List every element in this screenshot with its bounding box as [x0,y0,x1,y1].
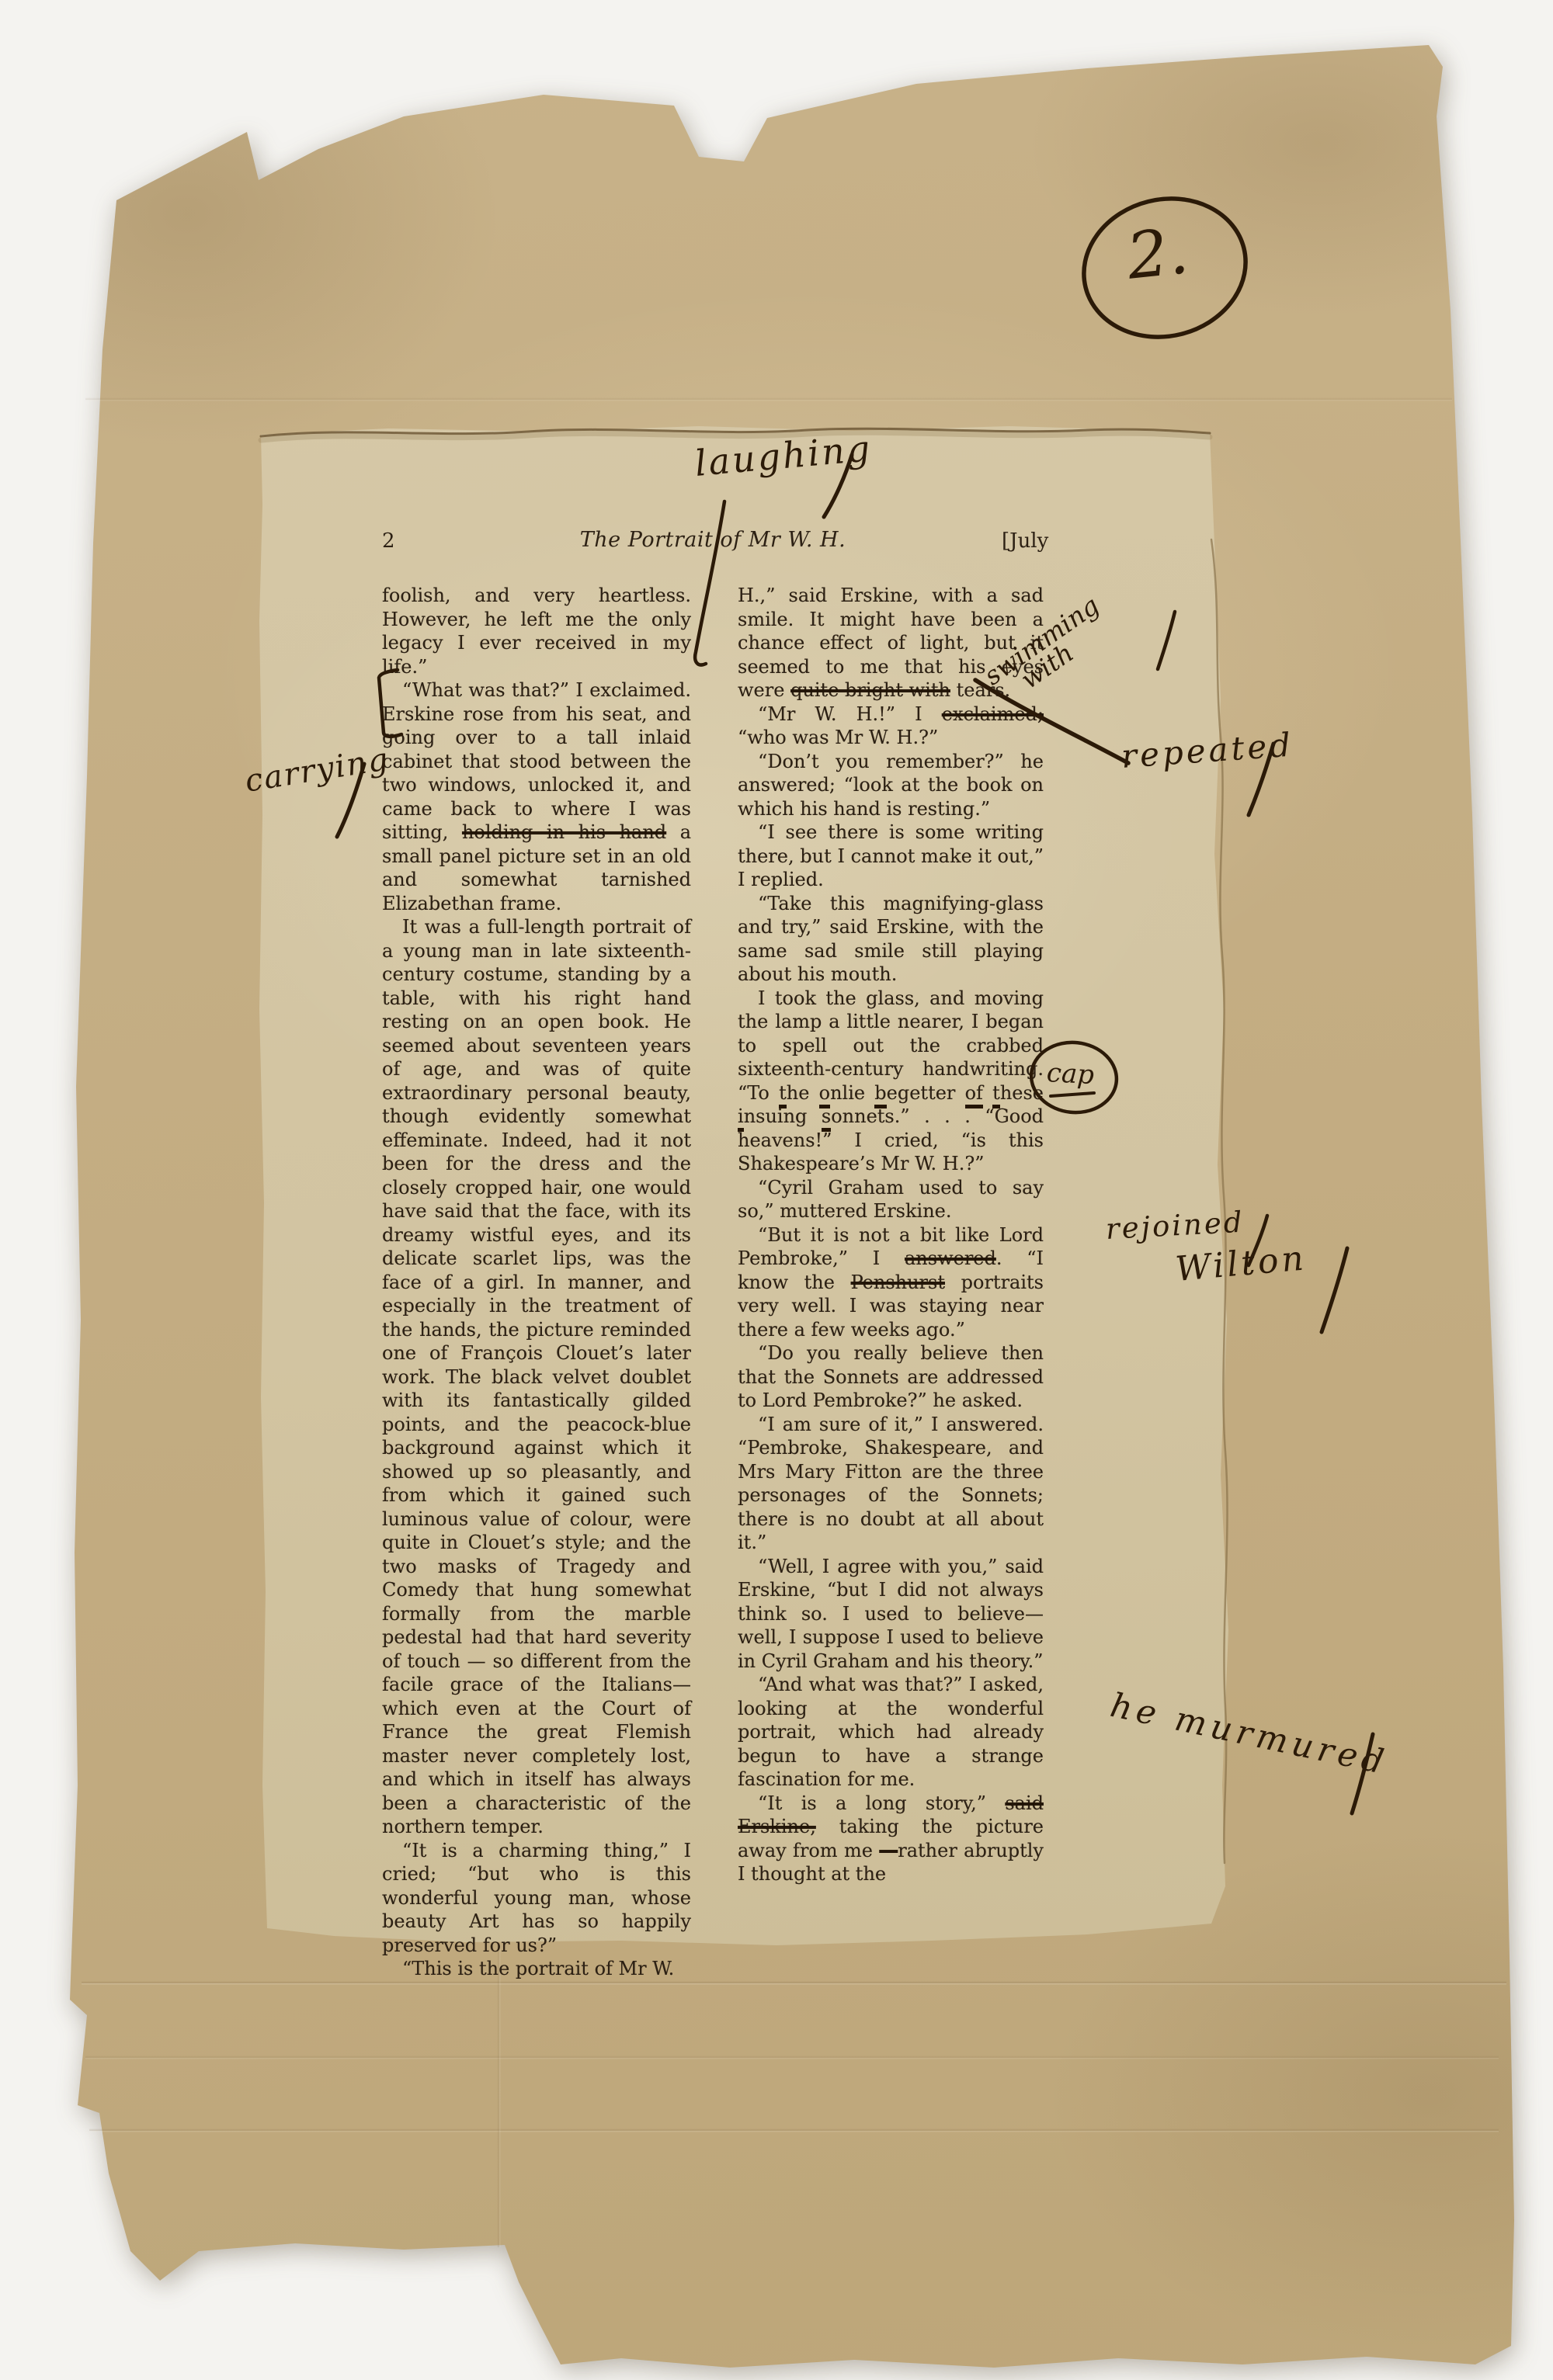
capital-marked-letter: i [738,1105,744,1132]
text-run: It was a full-length portrait of a young… [382,916,691,1837]
text-run: “It is a long story,” [758,1792,1005,1814]
text-run: nlie [830,1082,874,1104]
paragraph: I took the glass, and moving the lamp a … [738,987,1044,1176]
paragraph: “I see there is some writing there, but … [738,821,1044,892]
struck-text: quite bright with [790,679,950,701]
capital-marked-letter: of [965,1082,983,1108]
text-run: “Mr W. H.!” I [758,703,942,725]
paragraph: “This is the portrait of Mr W. [382,1957,691,1981]
manuscript-scan: 2 The Portrait of Mr W. H. [July foolish… [0,0,1553,2380]
text-run: foolish, and very heartless. However, he… [382,585,691,678]
text-run: “It is a charming thing,” I cried; “but … [382,1840,691,1956]
capital-marked-letter: o [819,1082,830,1108]
text-run: “What was that?” I exclaimed. Erskine ro… [382,679,691,843]
text-run: “who was Mr W. H.?” [738,727,938,748]
text-column-left: foolish, and very heartless. However, he… [382,584,691,1981]
issue-date: [July [1002,529,1048,553]
paragraph: It was a full-length portrait of a young… [382,915,691,1839]
text-run: nsuing [744,1105,822,1127]
struck-text: answered [905,1247,996,1269]
annotation-cap: cap [1046,1057,1095,1091]
paragraph: “Do you really believe then that the Son… [738,1341,1044,1413]
struck-text: — [879,1840,898,1861]
paragraph: “What was that?” I exclaimed. Erskine ro… [382,678,691,915]
page-title: The Portrait of Mr W. H. [382,528,1044,552]
text-run: “I see there is some writing there, but … [738,821,1044,890]
paragraph: “But it is not a bit like Lord Pembroke,… [738,1223,1044,1342]
paragraph: “Don’t you remember?” he answered; “look… [738,750,1044,821]
text-run: he [787,1082,819,1104]
capital-marked-letter: t [779,1082,787,1108]
capital-marked-letter: s [822,1105,831,1132]
text-run: “This is the portrait of Mr W. [402,1958,674,1979]
text-run: “Don’t you remember?” he answered; “look… [738,751,1044,820]
text-run: “I am sure of it,” I answered. “Pembroke… [738,1414,1044,1554]
text-run: hese [1000,1082,1044,1104]
capital-marked-letter: t [992,1082,1000,1108]
capital-marked-letter: b [874,1082,886,1108]
text-run: “Take this magnifying-glass and try,” sa… [738,893,1044,986]
struck-text: holding in his hand [462,821,666,843]
text-run: “Well, I agree with you,” said Erskine, … [738,1556,1044,1672]
paragraph: “It is a charming thing,” I cried; “but … [382,1839,691,1958]
text-run [983,1082,992,1104]
struck-text: Penshurst [851,1272,945,1293]
text-run: “And what was that?” I asked, looking at… [738,1674,1044,1790]
text-run: egetter [887,1082,965,1104]
annotation-circled-number: 2. [1124,214,1192,294]
paragraph: “Mr W. H.!” I exclaimed; “who was Mr W. … [738,703,1044,750]
paragraph: “It is a long story,” said Erskine, taki… [738,1792,1044,1886]
paragraph: “Cyril Graham used to say so,” muttered … [738,1176,1044,1223]
text-run: “Cyril Graham used to say so,” muttered … [738,1177,1044,1223]
text-run: “Do you really believe then that the Son… [738,1342,1044,1411]
struck-text: exclaimed; [942,703,1044,725]
paragraph: “Well, I agree with you,” said Erskine, … [738,1555,1044,1674]
paragraph: “And what was that?” I asked, looking at… [738,1673,1044,1792]
paragraph: “I am sure of it,” I answered. “Pembroke… [738,1413,1044,1555]
paragraph: “Take this magnifying-glass and try,” sa… [738,892,1044,987]
paragraph: foolish, and very heartless. However, he… [382,584,691,678]
text-column-right: H.,” said Erskine, with a sad smile. It … [738,584,1044,1886]
